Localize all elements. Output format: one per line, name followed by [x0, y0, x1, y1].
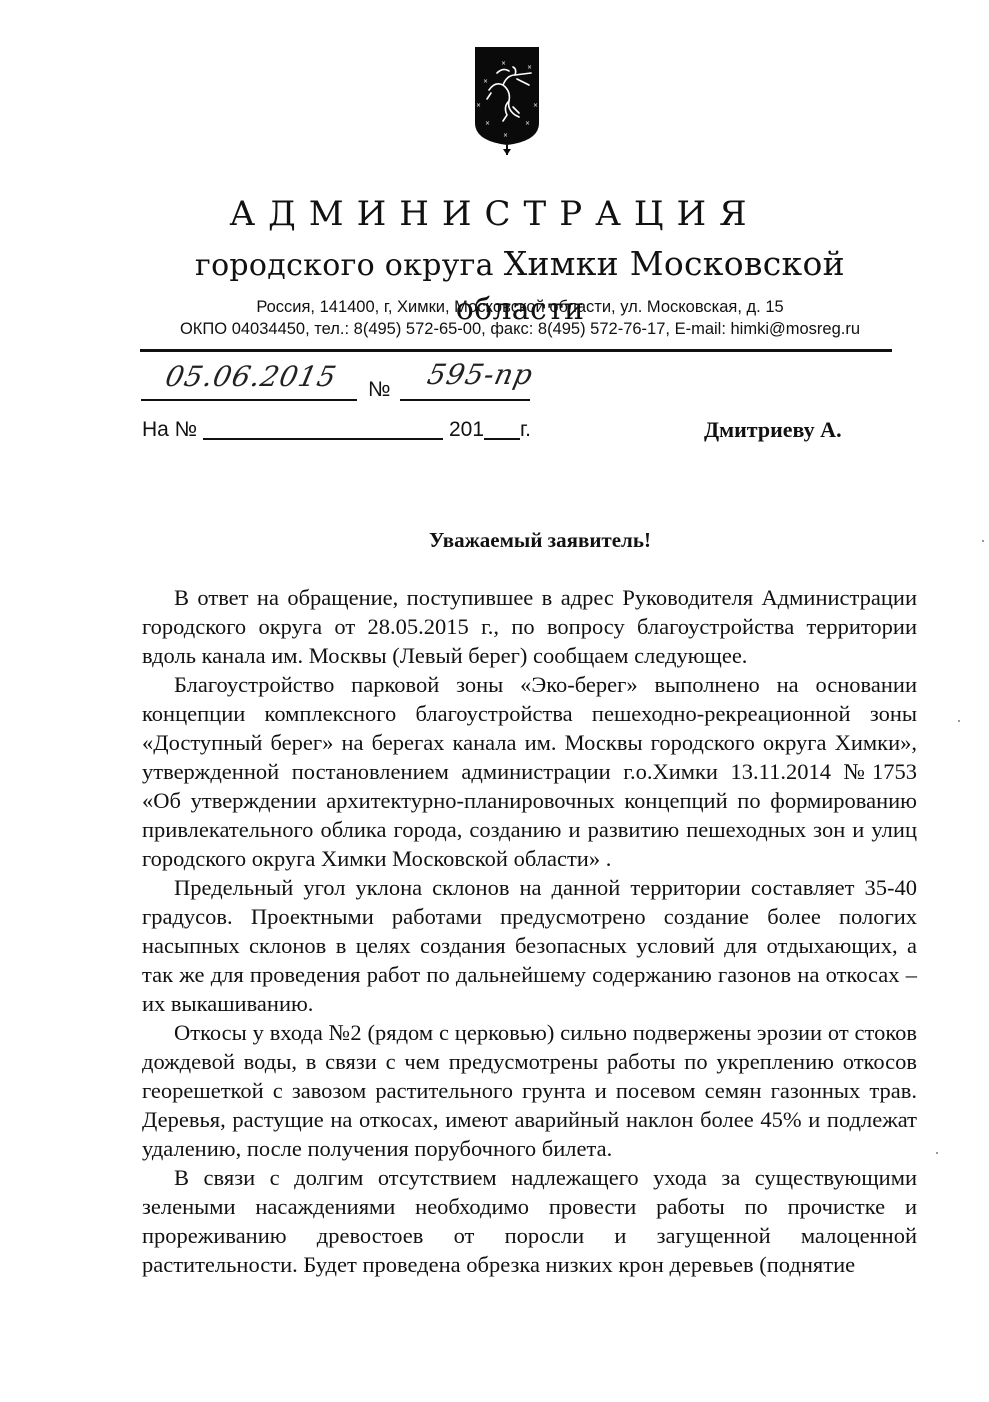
contacts-line: ОКПО 04034450, тел.: 8(495) 572-65-00, ф… — [130, 318, 910, 340]
document-page: × × × × × × × × АДМИНИСТРАЦИЯ городского… — [0, 0, 989, 1402]
svg-text:×: × — [485, 120, 490, 127]
reference-number-line — [203, 438, 443, 440]
svg-text:×: × — [525, 120, 530, 127]
subtitle-part-1: городского округа — [195, 248, 504, 283]
paragraph: Предельный угол уклона склонов на данной… — [142, 873, 917, 1018]
reference-year-suffix: г. — [520, 418, 531, 442]
number-label: № — [368, 378, 391, 402]
paragraph: В ответ на обращение, поступившее в адре… — [142, 583, 917, 670]
handwritten-date: 05.06.2015 — [162, 360, 339, 393]
paragraph: Благоустройство парковой зоны «Эко-берег… — [142, 670, 917, 873]
recipient-name: Дмитриеву А. — [704, 417, 842, 443]
paragraph: Откосы у входа №2 (рядом с церковью) сил… — [142, 1018, 917, 1163]
svg-text:×: × — [476, 102, 481, 109]
organization-title: АДМИНИСТРАЦИЯ — [0, 192, 989, 236]
letter-body: В ответ на обращение, поступившее в адре… — [142, 583, 917, 1279]
reference-label: На № — [142, 418, 197, 442]
subtitle-part-2: Химки Московской — [504, 244, 845, 283]
reference-year-prefix: 201 — [449, 418, 484, 442]
svg-text:×: × — [533, 102, 538, 109]
salutation: Уважаемый заявитель! — [0, 528, 989, 553]
handwritten-number: 595-пр — [424, 358, 536, 391]
date-field-line — [141, 399, 357, 401]
reference-year-line — [484, 438, 520, 440]
khimki-coat-of-arms-icon: × × × × × × × × — [473, 45, 541, 157]
scan-speck — [936, 1152, 938, 1154]
svg-text:×: × — [503, 132, 508, 139]
paragraph: В связи с долгим отсутствием надлежащего… — [142, 1163, 917, 1279]
scan-speck — [958, 720, 960, 722]
svg-text:×: × — [527, 64, 532, 71]
letterhead-divider — [140, 349, 892, 352]
svg-text:×: × — [501, 60, 506, 67]
number-field-line — [400, 399, 530, 401]
scan-speck — [982, 540, 984, 542]
svg-text:×: × — [483, 78, 488, 85]
address-line: Россия, 141400, г, Химки, Московской обл… — [130, 296, 910, 318]
